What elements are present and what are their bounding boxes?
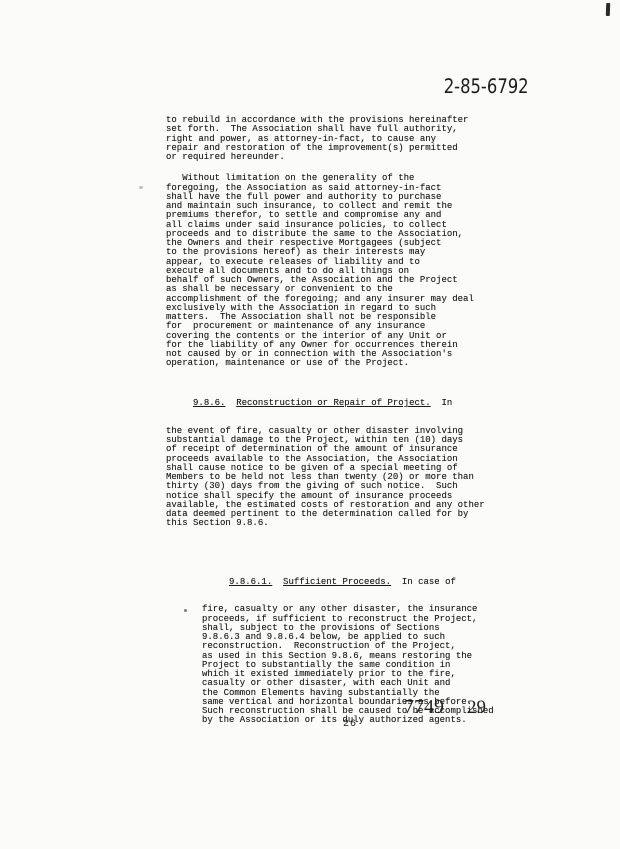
section-9-8-6: 9.8.6. Reconstruction or Repair of Proje…	[166, 381, 511, 548]
typed-page-number: 26	[343, 719, 357, 730]
section-9-8-6-1-heading: 9.8.6.1. Sufficient Proceeds. In case of	[202, 578, 511, 587]
scanned-document-page: 2-85-6792 to rebuild in accordance with …	[0, 0, 620, 849]
handwritten-docket-number: 2-85-6792	[443, 74, 528, 98]
heading-lead-text: In	[431, 398, 453, 408]
heading-gap	[225, 398, 236, 408]
heading-lead-text: In case of	[391, 577, 456, 587]
recorder-stamp-numbers: 774929	[404, 696, 486, 719]
section-title: Reconstruction or Repair of Project.	[236, 398, 430, 408]
paragraph-attorney-in-fact: Without limitation on the generality of …	[166, 174, 511, 368]
heading-gap	[272, 577, 283, 587]
section-number: 9.8.6.1.	[229, 577, 272, 587]
page-stamp: 29	[467, 697, 486, 718]
heading-indent	[166, 398, 193, 408]
section-number: 9.8.6.	[193, 398, 225, 408]
scan-edge-mark-icon	[606, 3, 610, 16]
section-9-8-6-body: the event of fire, casualty or other dis…	[166, 427, 511, 529]
book-number: 7749	[404, 696, 444, 718]
paragraph-rebuild-provisions: to rebuild in accordance with the provis…	[166, 116, 511, 162]
document-body: to rebuild in accordance with the provis…	[166, 116, 511, 756]
heading-indent	[202, 577, 229, 587]
photocopy-speck-icon	[139, 186, 143, 189]
section-9-8-6-heading: 9.8.6. Reconstruction or Repair of Proje…	[166, 399, 511, 408]
section-title: Sufficient Proceeds.	[283, 577, 391, 587]
